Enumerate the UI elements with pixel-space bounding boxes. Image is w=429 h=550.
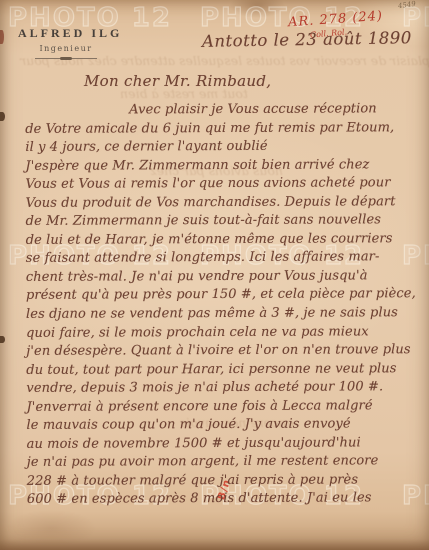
scanned-letter-page: plaisir de recevoir vos toutes lesquelle… (0, 0, 429, 550)
handwriting-line: de lui et de Harar, je m'étonne même que… (26, 230, 424, 250)
edge-tear (0, 336, 5, 343)
handwriting-line: je n'ai pas pu avoir mon argent, il me r… (27, 453, 425, 473)
handwriting-line: se faisant attendre si longtemps. Ici le… (26, 249, 424, 269)
handwriting-line: les djano ne se vendent pas même à 3 #, … (26, 304, 424, 324)
handwriting-line: J'espère que Mr. Zimmermann soit bien ar… (25, 156, 423, 176)
handwriting-line: j'en désespère. Quant à l'ivoire et l'or… (26, 341, 424, 361)
handwriting-line: le mauvais coup qu'on m'a joué. J'y avai… (26, 415, 424, 435)
edge-ink-mark (0, 30, 4, 44)
handwriting-line: 600 # en espèces après 8 mois d'attente.… (27, 490, 425, 510)
handwriting-line: vendre, depuis 3 mois je n'ai plus achet… (26, 378, 424, 398)
handwriting-line: il y 4 jours, ce dernier l'ayant oublié (25, 137, 423, 157)
handwriting-line: quoi faire, si le mois prochain cela ne … (26, 323, 424, 343)
pencil-corner-number: 4549 (398, 0, 417, 10)
letterhead-name: ALFRED ILG (18, 26, 114, 41)
letterhead: ALFRED ILG Ingenieur (18, 26, 114, 62)
handwriting-line: du tout, tout part pour Harar, ici perso… (26, 360, 424, 380)
handwriting-line: de Votre amicale du 6 juin qui me fut re… (25, 119, 423, 139)
handwriting-line: présent qu'à peu près pour 150 #, et cel… (26, 286, 424, 306)
handwriting-line: de Mr. Zimmermann je suis tout-à-fait sa… (26, 211, 424, 231)
archive-reference-number: AR. 278 (24) (288, 9, 384, 31)
letter-body: Avec plaisir je Vous accuse réceptionde … (25, 100, 425, 510)
handwriting-line: chent très-mal. Je n'ai pu vendre pour V… (26, 267, 424, 287)
edge-tear (0, 112, 5, 121)
letterhead-title: Ingenieur (18, 44, 114, 53)
letterhead-rule (35, 58, 97, 62)
handwriting-line: Vous du produit de Vos marchandises. Dep… (26, 193, 424, 213)
handwriting-line: J'enverrai à présent encore une fois à L… (26, 397, 424, 417)
handwriting-line: 228 # à toucher malgré que j'ai repris à… (27, 471, 425, 491)
handwriting-line: Avec plaisir je Vous accuse réception (25, 100, 423, 120)
letter-dateline: Antotto le 23 août 1890 (202, 28, 412, 51)
handwriting-line: Vous et Vous ai remis l'or que nous avio… (25, 174, 423, 194)
handwriting-line: au mois de novembre 1500 # et jusqu'aujo… (27, 434, 425, 454)
letter-salutation: Mon cher Mr. Rimbaud, (84, 72, 271, 90)
